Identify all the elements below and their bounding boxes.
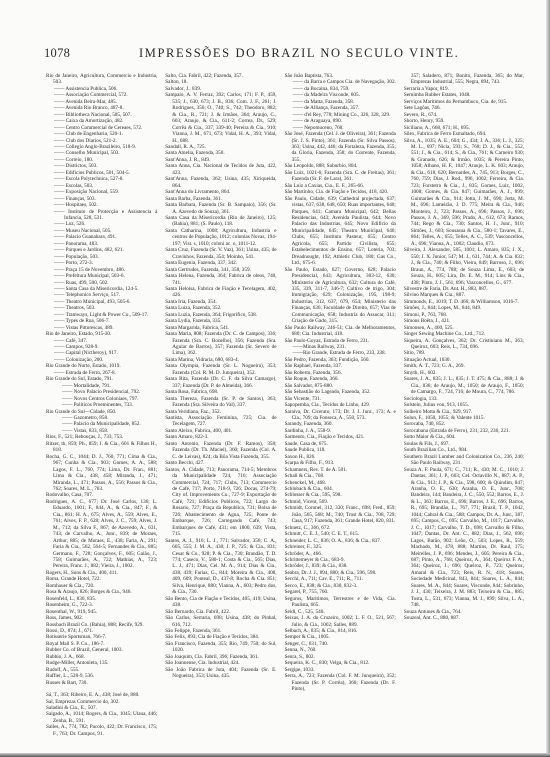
index-entry: Serra, A., 723; Fazenda (Col. F. M. Junq… <box>285 673 396 692</box>
index-entry: Santa Barbara, Fazenda (Sr. B. Sampaio),… <box>165 202 276 215</box>
index-column-1: Rio de Janeiro, Agricultura, Commercio e… <box>46 73 157 737</box>
index-entry: Santos, A. Cidade, 713; Panorama, 714-5;… <box>165 467 276 538</box>
page-number: 1078 <box>44 46 70 61</box>
index-entry: Santa Catharina, 1008; Agricultura, Indu… <box>165 228 276 247</box>
index-column-3: São João Baptista, 763.—— da Barra e Cam… <box>285 73 396 737</box>
index-entry: Santa Olympia, Fazenda (Sr. L. Nogueira)… <box>165 363 276 376</box>
index-entry: Santa Helena, Fazenda, 364; Fabrica de o… <box>165 273 276 286</box>
index-entry: Santa Thereza, Fazenda (Sr. P. de Santos… <box>165 396 276 409</box>
index-column-4: 357; Saladero, 871; Bonito, Fazenda, 365… <box>404 73 524 737</box>
index-entry: Rodrigues, A. C., 677; Dr. José Carlos, … <box>46 499 157 570</box>
index-entry: São Carlos, Serraria, 698; Usina, 438; d… <box>165 615 276 628</box>
index-entry: São Paulo Railway, 246-51; Cia. de Melho… <box>285 325 396 338</box>
index-entry: Seixas, J. A. do Cruzeiro, 1002; L. F. O… <box>285 615 396 628</box>
index-entry: São Martinho, Cia. de Fiação e Tecidos, … <box>285 189 396 195</box>
index-entry: Ritzer, th, 859; Ph., 859; J. & Cia., 60… <box>46 441 157 454</box>
index-entry: Siqueira, A. Gonçalves, 362; Dr. Cristin… <box>404 338 524 351</box>
index-entry: Santos, A. J., 916; L. J., 771; Salvador… <box>165 538 276 596</box>
index-entry: Santa Anna, Cia. Nacional de Tecidos de … <box>165 163 276 176</box>
index-entry: —— Instituto de Protecção e Assistencia … <box>46 209 157 222</box>
index-entry: Santista, Associação Feminina, 725; Cia.… <box>165 415 276 428</box>
index-entry: Sant'Anna, Fazenda, 362; Usina, 435; Xir… <box>165 176 276 189</box>
index-entry: São Bento, Cia de Fiação e Tecidos, 405,… <box>165 596 276 609</box>
index-entry: São José, Fazenda (Cel. J. de Oliveira),… <box>285 131 396 163</box>
index-entry: Saraiva, Dr. Cicerato, 173; Dr. J. J. Ju… <box>285 409 396 422</box>
index-entry: Seguros, Maritimos, Terrestres e de Vida… <box>285 596 396 609</box>
index-entry: Souza A. F. Paula, 671; C., 711; R., 430… <box>404 467 524 609</box>
index-entry: ——Rio Grande, Estrada de Ferro, 233, 238… <box>285 350 396 356</box>
page-edge-shadow <box>546 0 550 757</box>
index-entry: Sampaio, A. V. Ferraz, 392; Carlos, 171;… <box>165 92 276 144</box>
index-entry: Southern Brazil Lumber and Colonization … <box>404 454 524 467</box>
index-entry: Rio de Janeiro, Agricultura, Commercio e… <box>46 73 157 86</box>
index-columns: Rio de Janeiro, Agricultura, Commercio e… <box>46 73 524 737</box>
index-column-2: Salto, Cia. Fabril, 422; Fazenda, 357.Sa… <box>165 73 276 737</box>
index-entry: São Luiz, 1021-6; Fazenda (Sra. C. de Fr… <box>285 170 396 183</box>
index-entry: Santa Rita, Fazenda (Dr. C. F. da Silva … <box>165 376 276 389</box>
index-entry: Silveira, J. Alexandre, 585, 1001; L. Am… <box>404 247 524 286</box>
index-entry: 357; Saladero, 871; Bonito, Fazenda, 365… <box>404 73 524 86</box>
index-entry: Rocha, G. C., 1044; D. J., 760, 771; Cim… <box>46 454 157 493</box>
index-entry: Salles, A., 774, 782; Pacolo, 422; Dr. F… <box>46 724 157 737</box>
index-entry: São Paulo, Cidade, 639; Cathedral projec… <box>285 196 396 267</box>
index-entry: São Francisco, Fazenda, 355; Rio, 749, 7… <box>165 641 276 654</box>
index-entry: Santa Heloisa, Fabrica de Fiação e Tecel… <box>165 286 276 299</box>
index-entry: Santa Cruz, Fazenda (Sr. V. Vaz), 361; U… <box>165 247 276 260</box>
index-entry: Santo Antonio, Fazenda (Dr. F. Ramos), 3… <box>165 441 276 460</box>
index-entry: Souzeal, Ant. C., 880, 887. <box>404 615 524 621</box>
running-title: IMPRESSÕES DO BRAZIL NO SECULO VINTE. <box>139 46 459 61</box>
index-entry: —— Palacio da Municipalidade, 852. <box>46 421 157 427</box>
index-entry: São Paulo, Estado, 627; Governo, 628; Pa… <box>285 267 396 325</box>
page-bottom-edge <box>0 753 550 757</box>
page-header: 1078 IMPRESSÕES DO BRAZIL NO SECULO VINT… <box>44 46 524 62</box>
index-entry: —— da Barra e Campos Cia. de Navegação, … <box>285 79 396 85</box>
index-entry: Schmidt, Coronel, 312, 330; Franc., 698;… <box>285 505 396 524</box>
index-entry: Salgado, A., 1014; Rogers, & Cia., 1045;… <box>46 711 157 724</box>
index-entry: São João Fabrica de Juta, 404; Fazenda (… <box>165 667 276 680</box>
index-entry: Santa Casa da Misericordia (Rio de Janei… <box>165 215 276 228</box>
index-entry: Silva, A., 1035; A. E., 604; G., 434; J.… <box>404 138 524 248</box>
index-entry: Soares, J. A., 835; J. L., 835; J. T. 47… <box>404 376 524 395</box>
index-entry: Santa Maria, 808; Fazenda (Dr. C. de Cam… <box>165 331 276 357</box>
